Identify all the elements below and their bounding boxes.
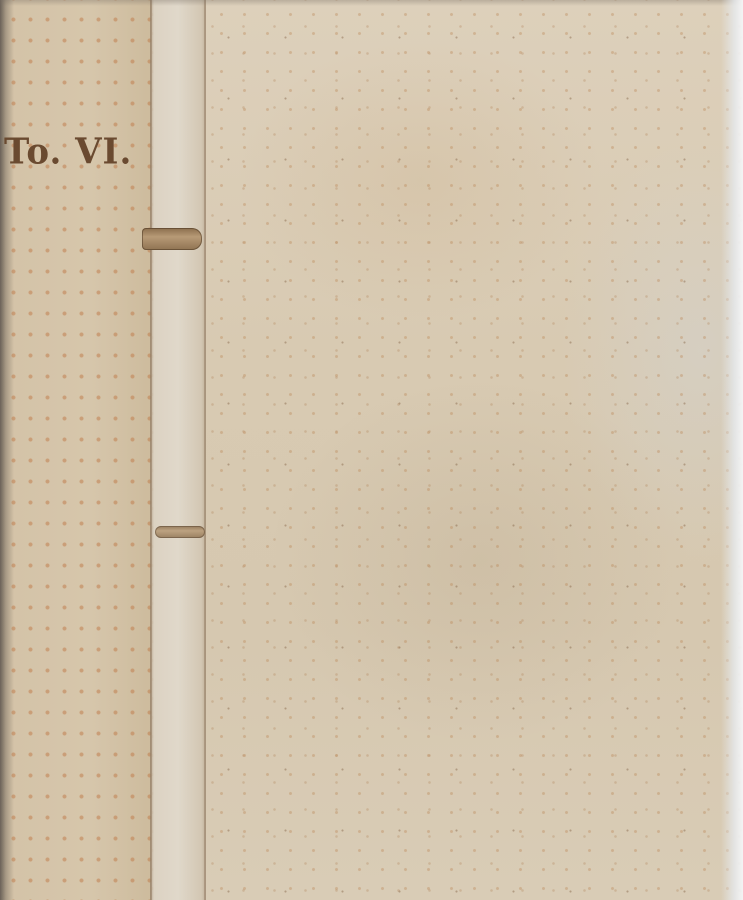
top-edge-shadow xyxy=(0,0,743,6)
spine-crease-right xyxy=(204,0,206,900)
spine-crease-left xyxy=(150,0,152,900)
leather-tie-lower xyxy=(155,526,205,538)
book-cover-photo: To. VI. xyxy=(0,0,743,900)
volume-label: To. VI. xyxy=(4,131,132,173)
front-board-edge xyxy=(721,0,743,900)
spine-fold-band xyxy=(150,0,206,900)
book-spine: To. VI. xyxy=(0,0,152,900)
leather-tie-upper xyxy=(142,228,202,250)
